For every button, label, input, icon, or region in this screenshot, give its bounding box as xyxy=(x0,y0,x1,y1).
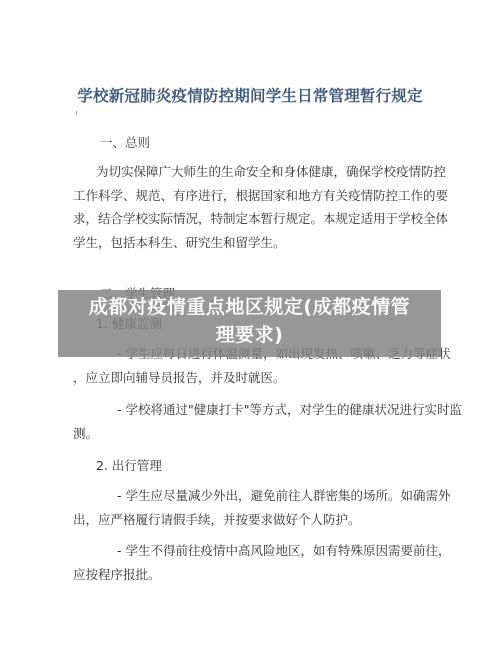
list-item-line: - 学生不得前往疫情中高风险地区，如有特殊原因需要前往， xyxy=(117,541,451,559)
document-title: 学校新冠肺炎疫情防控期间学生日常管理暂行规定 xyxy=(0,84,500,106)
overlay-banner-line-2: 理要求) xyxy=(58,321,441,349)
paragraph-line: 为切实保障广大师生的生命安全和身体健康，确保学校疫情防控 xyxy=(96,162,446,180)
list-item-line: 测。 xyxy=(73,424,98,442)
list-item-line: ，应立即向辅导员报告，并及时就医。 xyxy=(73,368,286,386)
list-item-line: 应按程序报批。 xyxy=(73,565,161,583)
subsection-heading-travel-management: 2. 出行管理 xyxy=(96,456,162,474)
list-item-line: 出，应严格履行请假手续，并按要求做好个人防护。 xyxy=(73,510,361,528)
list-item-line: - 学生应尽量减少外出，避免前往人群密集的场所。如确需外 xyxy=(117,486,451,504)
overlay-banner-title: 成都对疫情重点地区规定(成都疫情管 理要求) xyxy=(58,293,441,349)
paragraph-line: 学生，包括本科生、研究生和留学生。 xyxy=(73,233,286,251)
decorative-mark xyxy=(76,111,77,115)
list-item-line: - 学校将通过"健康打卡"等方式，对学生的健康状况进行实时监 xyxy=(117,400,462,418)
overlay-banner-line-1: 成都对疫情重点地区规定(成都疫情管 xyxy=(58,293,441,321)
paragraph-line: 工作科学、规范、有序进行，根据国家和地方有关疫情防控工作的要 xyxy=(73,186,448,204)
section-heading-general: 一、总则 xyxy=(100,133,150,151)
document-page: 学校新冠肺炎疫情防控期间学生日常管理暂行规定 一、总则 为切实保障广大师生的生命… xyxy=(0,0,500,647)
paragraph-line: 求，结合学校实际情况，特制定本暂行规定。本规定适用于学校全体 xyxy=(73,209,448,227)
